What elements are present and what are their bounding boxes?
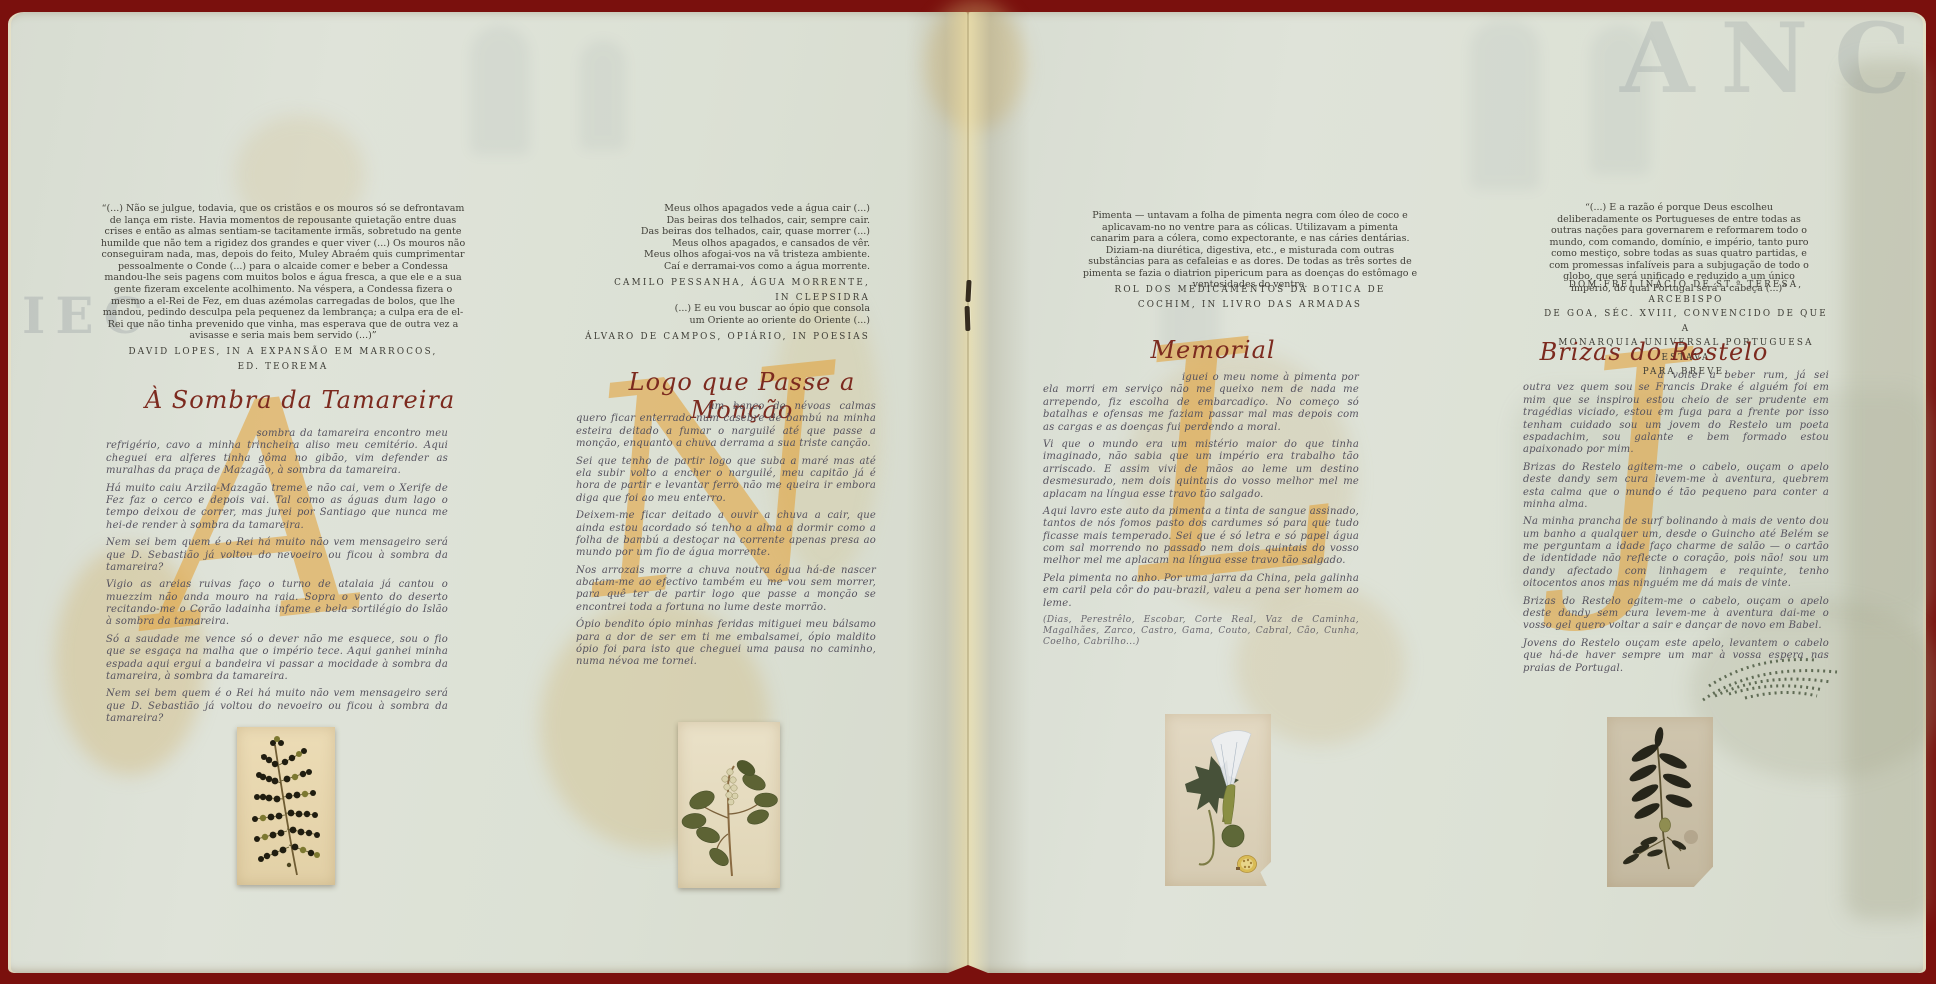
specimen-card-broadleaf xyxy=(678,722,780,888)
staple xyxy=(965,306,971,331)
lyrics-paragraph: sombra da tamareira encontro meu refrigé… xyxy=(106,428,448,478)
song-title-memorial: Memorial xyxy=(1063,336,1363,364)
lyrics-logo-que-passe-a-moncao: um banco de névoas calmas quero ficar en… xyxy=(576,401,876,674)
lyrics-paragraph: um banco de névoas calmas quero ficar en… xyxy=(576,401,876,451)
lyrics-paragraph: á voltei a beber rum, já sei outra vez q… xyxy=(1523,370,1829,457)
lyrics-brizas-do-restelo: á voltei a beber rum, já sei outra vez q… xyxy=(1523,370,1829,680)
quote-camilo-pessanha: Meus olhos apagados vede a água cair (..… xyxy=(598,203,870,272)
datura-illustration xyxy=(1165,714,1271,886)
specimen-card-datura xyxy=(1165,714,1271,886)
specimen-card-laurel xyxy=(1607,717,1713,887)
lyrics-paragraph: Deixem-me ficar deitado a ouvir a chuva … xyxy=(576,510,876,560)
lyrics-paragraph: Aqui lavro este auto da pimenta a tinta … xyxy=(1043,506,1359,568)
specimen-card-fern xyxy=(237,727,335,885)
lyrics-paragraph: Vigio as areias ruivas faço o turno de a… xyxy=(106,579,448,629)
cover-fold-notch xyxy=(938,965,998,977)
quote-attribution-david-lopes: DAVID LOPES, IN A EXPANSÃO EM MARROCOS, … xyxy=(98,345,468,374)
song-title-brizas-do-restelo: Brizas do Restelo xyxy=(1504,338,1804,366)
laurel-illustration xyxy=(1607,717,1713,887)
fold-crease xyxy=(967,12,969,973)
quote-attribution-rol-dos-medicamentos: ROL DOS MEDICAMENTOS DA BOTICA DE COCHIM… xyxy=(1082,283,1418,312)
quote-david-lopes: “(...) Não se julgue, todavia, que os cr… xyxy=(98,203,468,342)
song-title-a-sombra-da-tamareira: À Sombra da Tamareira xyxy=(110,386,490,414)
open-album-booklet: ANCD IEC “(...) Não se julgue, todavia, … xyxy=(0,0,1936,984)
lyrics-a-sombra-da-tamareira: sombra da tamareira encontro meu refrigé… xyxy=(106,428,448,731)
lyrics-paragraph: Jovens do Restelo ouçam este apelo, leva… xyxy=(1523,638,1829,675)
broadleaf-illustration xyxy=(678,722,780,888)
lyrics-paragraph: Brizas do Restelo agitem-me o cabelo, ou… xyxy=(1523,462,1829,512)
quote-attribution-camilo-pessanha: CAMILO PESSANHA, ÁGUA MORRENTE, IN CLEPS… xyxy=(570,276,870,305)
lyrics-paragraph: Ópio bendito ópio minhas feridas mitigue… xyxy=(576,619,876,669)
lyrics-paragraph: iguei o meu nome à pimenta por ela morri… xyxy=(1043,372,1359,434)
lyrics-paragraph: Há muito caiu Arzila-Mazagão treme e não… xyxy=(106,483,448,533)
quote-attribution-alvaro-de-campos: ÁLVARO DE CAMPOS, OPIÁRIO, IN POESIAS xyxy=(540,330,870,345)
navigators-name-list: (Dias, Perestrêlo, Escobar, Corte Real, … xyxy=(1043,615,1359,648)
lyrics-paragraph: Na minha prancha de surf bolinando à mai… xyxy=(1523,516,1829,590)
lyrics-paragraph: Nem sei bem quem é o Rei há muito não ve… xyxy=(106,688,448,725)
lyrics-paragraph: Só a saudade me vence só o dever não me … xyxy=(106,634,448,684)
lyrics-paragraph: Pela pimenta no anho. Por uma jarra da C… xyxy=(1043,573,1359,610)
lyrics-paragraph: Sei que tenho de partir logo que suba a … xyxy=(576,456,876,506)
quote-rol-dos-medicamentos: Pimenta — untavam a folha de pimenta neg… xyxy=(1082,210,1418,291)
lyrics-memorial: iguei o meu nome à pimenta por ela morri… xyxy=(1043,372,1359,654)
lyrics-paragraph: Nos arrozais morre a chuva noutra água h… xyxy=(576,565,876,615)
lyrics-paragraph: Brizas do Restelo agitem-me o cabelo, ou… xyxy=(1523,596,1829,633)
quote-alvaro-de-campos: (...) E eu vou buscar ao ópio que consol… xyxy=(598,303,870,326)
lyrics-paragraph: Vi que o mundo era um mistério maior do … xyxy=(1043,439,1359,501)
fern-illustration xyxy=(237,727,335,885)
lyrics-paragraph: Nem sei bem quem é o Rei há muito não ve… xyxy=(106,537,448,574)
